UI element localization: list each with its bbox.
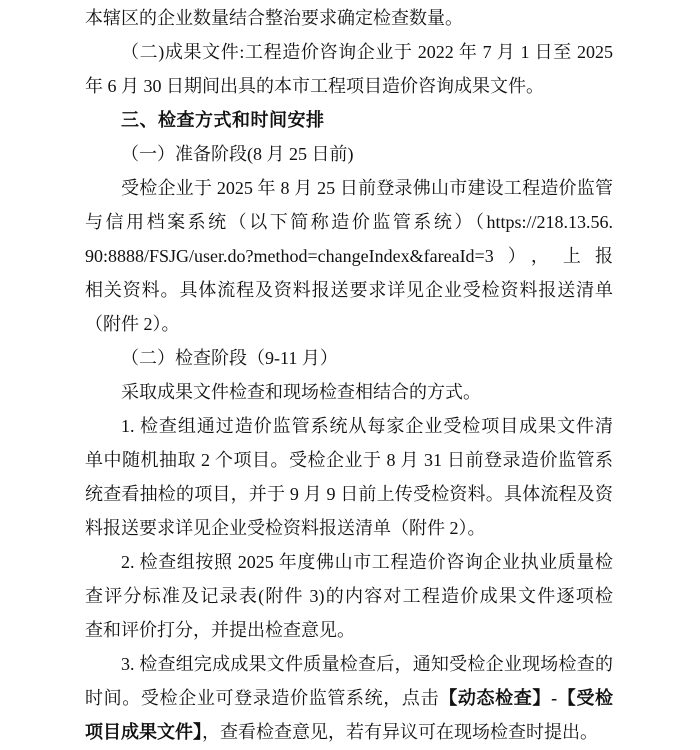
text-run: 时间。受检企业可登录造价监管系统，点击 [85, 688, 439, 708]
section-heading: 三、检查方式和时间安排 [85, 103, 613, 137]
document-line: 1. 检查组通过造价监管系统从每家企业受检项目成果文件清 [85, 409, 613, 443]
text-run: 采取成果文件检查和现场检查相结合的方式。 [121, 382, 481, 402]
document-line: 采取成果文件检查和现场检查相结合的方式。 [85, 375, 613, 409]
text-run: 1. 检查组通过造价监管系统从每家企业受检项目成果文件清 [121, 416, 613, 436]
text-run: 项目成果文件】 [85, 722, 202, 742]
document-line: 与信用档案系统（以下简称造价监管系统）（https://218.13.56. [85, 205, 613, 239]
document-line: 单中随机抽取 2 个项目。受检企业于 8 月 31 日前登录造价监管系 [85, 443, 613, 477]
document-line: 相关资料。具体流程及资料报送要求详见企业受检资料报送清单 [85, 273, 613, 307]
text-run: 与信用档案系统（以下简称造价监管系统）（https://218.13.56. [85, 212, 613, 232]
document-line: 2. 检查组按照 2025 年度佛山市工程造价咨询企业执业质量检 [85, 545, 613, 579]
text-run: （二)成果文件:工程造价咨询企业于 2022 年 7 月 1 日至 2025 [121, 42, 613, 62]
document-line: 时间。受检企业可登录造价监管系统，点击【动态检查】-【受检 [85, 681, 613, 715]
text-run: 年 6 月 30 日期间出具的本市工程项目造价咨询成果文件。 [85, 76, 544, 96]
document-line: 查评分标准及记录表(附件 3)的内容对工程造价成果文件逐项检 [85, 579, 613, 613]
text-run: 查和评价打分，并提出检查意见。 [85, 620, 355, 640]
text-run: 三、检查方式和时间安排 [121, 110, 325, 130]
document-line: 受检企业于 2025 年 8 月 25 日前登录佛山市建设工程造价监管 [85, 171, 613, 205]
document-line: 90:8888/FSJG/user.do?method=changeIndex&… [85, 239, 613, 273]
text-run: 查评分标准及记录表(附件 3)的内容对工程造价成果文件逐项检 [85, 586, 613, 606]
text-run: 3. 检查组完成成果文件质量检查后，通知受检企业现场检查的 [121, 654, 613, 674]
text-run: 单中随机抽取 2 个项目。受检企业于 8 月 31 日前登录造价监管系 [85, 450, 613, 470]
text-run: 料报送要求详见企业受检资料报送清单（附件 2）。 [85, 518, 486, 538]
text-run: 2. 检查组按照 2025 年度佛山市工程造价咨询企业执业质量检 [121, 552, 613, 572]
text-run: 90:8888/FSJG/user.do?method=changeIndex&… [85, 246, 613, 266]
text-run: （附件 2）。 [85, 314, 180, 334]
text-run: 受检企业于 2025 年 8 月 25 日前登录佛山市建设工程造价监管 [121, 178, 613, 198]
document-line: （一）准备阶段(8 月 25 日前) [85, 137, 613, 171]
text-run: （一）准备阶段(8 月 25 日前) [121, 144, 354, 164]
document-line: （附件 2）。 [85, 307, 613, 341]
document-line: 料报送要求详见企业受检资料报送清单（附件 2）。 [85, 511, 613, 545]
document-line: 查和评价打分，并提出检查意见。 [85, 613, 613, 647]
document-line: 项目成果文件】，查看检查意见，若有异议可在现场检查时提出。 [85, 715, 613, 749]
document-line: 3. 检查组完成成果文件质量检查后，通知受检企业现场检查的 [85, 647, 613, 681]
text-run: 相关资料。具体流程及资料报送要求详见企业受检资料报送清单 [85, 280, 613, 300]
document-line: （二)成果文件:工程造价咨询企业于 2022 年 7 月 1 日至 2025 [85, 35, 613, 69]
text-run: （二）检查阶段（9-11 月） [121, 348, 338, 368]
document-page: 本辖区的企业数量结合整治要求确定检查数量。（二)成果文件:工程造价咨询企业于 2… [85, 1, 613, 749]
text-run: 【动态检查】-【受检 [439, 688, 613, 708]
document-line: （二）检查阶段（9-11 月） [85, 341, 613, 375]
document-line: 本辖区的企业数量结合整治要求确定检查数量。 [85, 1, 613, 35]
text-run: 本辖区的企业数量结合整治要求确定检查数量。 [85, 8, 463, 28]
text-run: ，查看检查意见，若有异议可在现场检查时提出。 [202, 722, 598, 742]
document-line: 统查看抽检的项目，并于 9 月 9 日前上传受检资料。具体流程及资 [85, 477, 613, 511]
document-line: 年 6 月 30 日期间出具的本市工程项目造价咨询成果文件。 [85, 69, 613, 103]
text-run: 统查看抽检的项目，并于 9 月 9 日前上传受检资料。具体流程及资 [85, 484, 613, 504]
